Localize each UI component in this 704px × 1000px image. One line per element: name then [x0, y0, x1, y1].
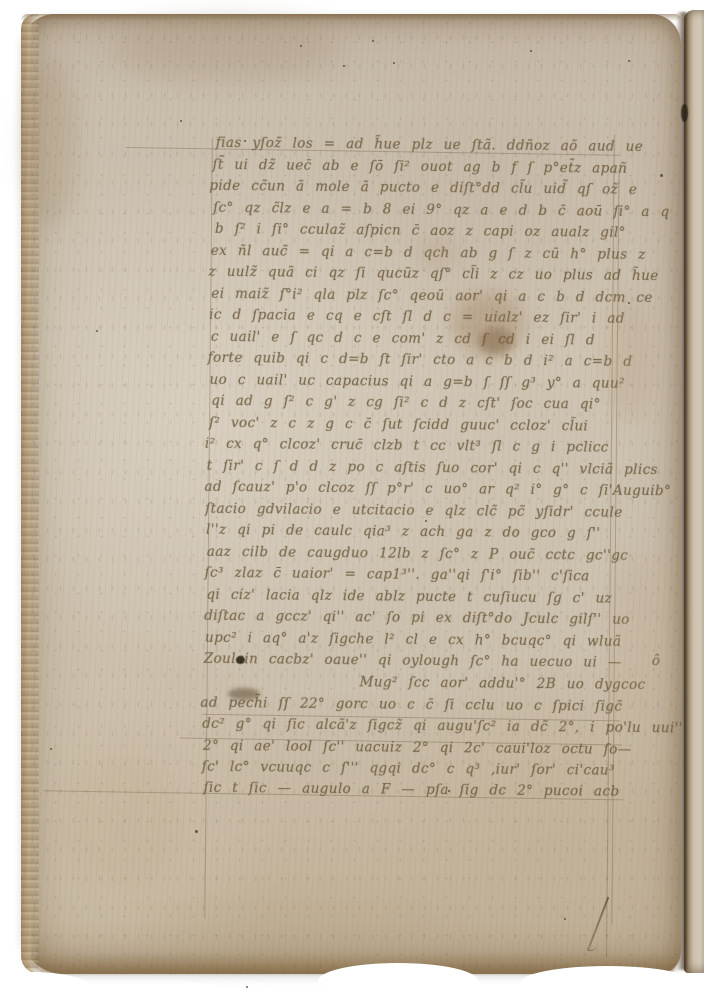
parchment-speck: [343, 65, 345, 67]
manuscript-text-line: b ſ² i ſi° cculaz̃ aſpicn c̄ aoz z capi …: [215, 219, 626, 243]
parchment-speck: [448, 790, 450, 792]
parchment-speck: [660, 174, 663, 177]
manuscript-text-line: l''z qi pi de caulc qia³ z ach ga z do g…: [206, 520, 601, 544]
manuscript-text-line: fias yſoz̃ los = ad h̃ue plz ue ſtã. ddñ…: [216, 133, 644, 157]
manuscript-text-line: qi ciz' lacia qlz ide ablz pucte t cuſiu…: [206, 585, 612, 609]
manuscript-text-line: z uulz̃ quã ci qz ſi qucūz qſ° cl̃i z cz…: [208, 262, 658, 287]
parchment-speck: [530, 50, 532, 52]
manuscript-text-line: ic d ſpacia e cq e cſt ſl d c = uialz' e…: [209, 305, 625, 329]
manuscript-text-line: ſc' lc° vcuuqc c ſ''' qgqi dc° c q³ ,iur…: [202, 757, 615, 781]
parchment-speck: [195, 830, 198, 833]
bottom-edge-wave: [0, 972, 90, 1000]
manuscript-text-line: ſic t ſic — augulo a F — pſa ſig dc 2° p…: [203, 778, 619, 802]
parchment-speck: [96, 330, 98, 332]
manuscript-text-line: forte quib qi c d=b ſt ſir' cto a c b d …: [208, 348, 633, 372]
manuscript-text-line: ad ſcauz' p'o clcoz ſſ p°r' c uo° ar q² …: [204, 477, 671, 502]
manuscript-text-line: c uail' e ſ qc d c e com' z cd ſ cd i ei…: [211, 327, 595, 351]
manuscript-text-line: ſt̃ ui dz̃ uec̄ ab e ſō ſi² ouot ag b f …: [212, 155, 627, 179]
parchment-speck: [246, 986, 248, 988]
manuscript-text-line: upc² i aq° a'z ſigche l² cl e cx h° bcuq…: [205, 628, 621, 652]
parchment-speck: [628, 60, 630, 62]
manuscript-photo: fias yſoz̃ los = ad h̃ue plz ue ſtã. ddñ…: [0, 0, 704, 1000]
manuscript-text-line: uo c uail' uc capacius qi a g=b ſ ſſ g³ …: [209, 370, 625, 394]
manuscript-text-line: i² cx q° clcoz' cruc̄ clzb t cc vlt³ ſl …: [205, 434, 609, 458]
parchment-speck: [564, 918, 566, 920]
manuscript-text-line: ſ² voc' z c z g c c̄ ſut ſcidd guuc' ccl…: [209, 413, 588, 437]
parchment-speck: [425, 520, 427, 522]
manuscript-text-line: Mug² ſcc aor' addu'° 2B uo dygcoc: [360, 672, 646, 695]
parchment-speck: [628, 302, 630, 304]
manuscript-text-line: ſc³ zlaz c̄ uaior' = cap1³''. ga''qi ſ'i…: [205, 563, 590, 587]
manuscript-text-line: ô: [652, 651, 661, 671]
parchment-speck: [180, 120, 182, 122]
parchment-speck: [372, 40, 374, 42]
manuscript-text-line: qi ad g ſ² c g' z cg ſi² c d z cſt' ſoc …: [211, 391, 601, 415]
gutter-ink-blot: [681, 104, 688, 122]
bottom-edge-wave: [520, 966, 695, 1000]
parchment-page: fias yſoz̃ los = ad h̃ue plz ue ſtã. ddñ…: [21, 14, 681, 974]
bottom-edge-wave: [318, 963, 478, 999]
parchment-speck: [244, 140, 246, 142]
parchment-speck: [300, 45, 302, 47]
manuscript-text-line: Zoulain cacbz' oaue'' qi oylough ſc° ha …: [204, 649, 622, 673]
manuscript-text-line: dc² g° qi ſic alcã'z ſigcz̃ qi augu'ſc² …: [202, 714, 683, 739]
manuscript-text-line: pide cc̃un ã mole ã pucto e diſt°dd cl̃u…: [209, 176, 637, 200]
manuscript-text-line: diſtac a gccz' qi'' ac' ſo pi ex diſt°do…: [204, 606, 630, 630]
parchment-speck: [393, 62, 395, 64]
parchment-speck: [50, 748, 52, 750]
